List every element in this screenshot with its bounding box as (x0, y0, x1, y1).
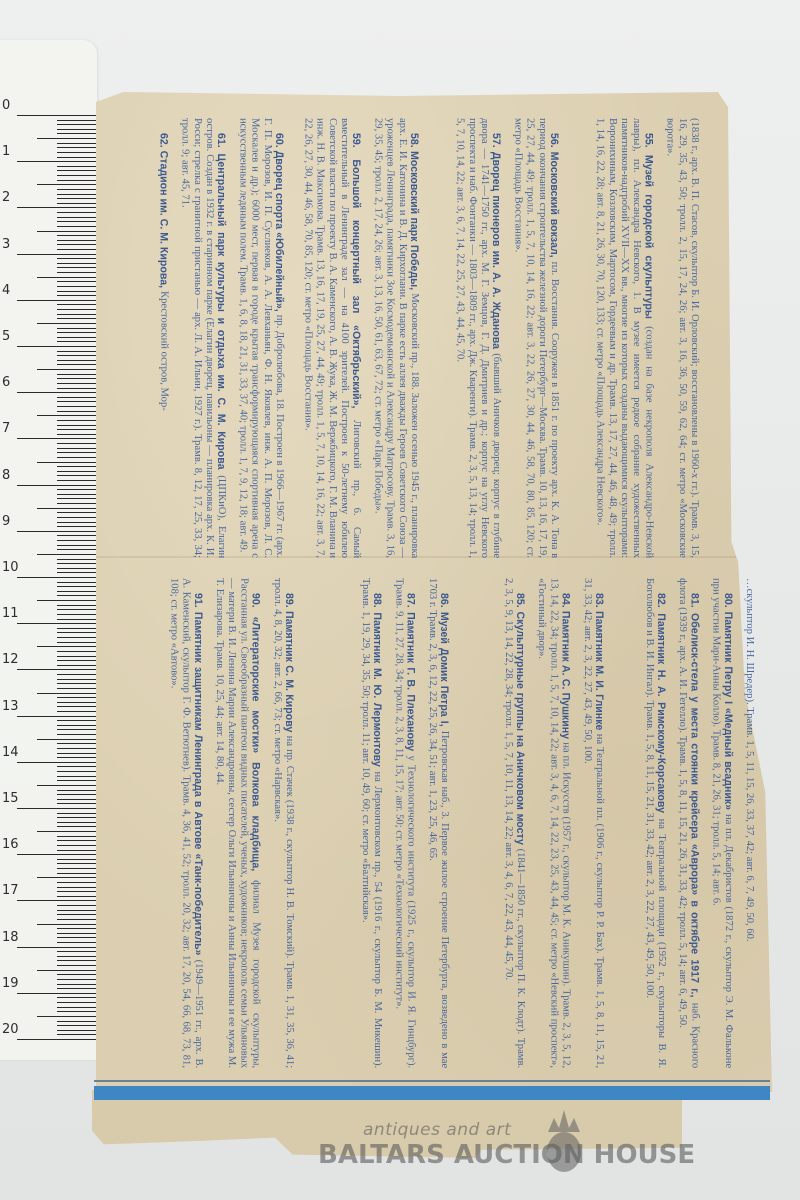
ruler-tick (37, 924, 97, 925)
ruler-tick (57, 217, 97, 218)
ruler-tick (37, 1016, 97, 1017)
ruler-tick (57, 406, 97, 407)
ruler-tick (17, 623, 97, 624)
guide-entry: 55. Музей городской скульптуры (создан н… (593, 118, 654, 558)
ruler-tick (37, 508, 97, 509)
text-column: 83. Памятник М. И. Глинке на Театральной… (455, 578, 605, 1068)
ruler-tick (57, 928, 97, 929)
ruler-tick (57, 512, 97, 513)
ruler-label: 8 (2, 468, 10, 483)
ruler-tick (57, 743, 97, 744)
ruler-tick (17, 346, 97, 347)
guide-entry: 81. Обелиск-стела у места стоянки крейсе… (676, 578, 700, 1068)
guide-entry: 91. Памятник защитникам Ленинграда в Авт… (167, 578, 204, 1068)
ruler-tick (57, 503, 97, 504)
ruler-tick (57, 711, 97, 712)
ruler-tick (57, 180, 97, 181)
ruler-label: 2 (2, 190, 10, 205)
ruler-tick (57, 586, 97, 587)
guide-entry: 86. Музей Домик Петра I, Петровская наб.… (426, 578, 450, 1068)
ruler-tick (37, 369, 97, 370)
ruler-label: 6 (2, 375, 10, 390)
ruler-tick (17, 900, 97, 901)
ruler-label: 10 (2, 560, 19, 575)
ruler-tick (57, 1007, 97, 1008)
ruler-tick (57, 498, 97, 499)
ruler-tick (37, 184, 97, 185)
ruler-tick (57, 984, 97, 985)
ruler-tick (57, 919, 97, 920)
ruler-tick (57, 997, 97, 998)
guide-entry: 82. Памятник Н. А. Римскому-Корсакову на… (643, 578, 667, 1068)
ruler-tick (57, 868, 97, 869)
ruler-tick (57, 794, 97, 795)
ruler-label: 18 (2, 930, 19, 945)
ruler-tick (57, 660, 97, 661)
ruler-tick (37, 693, 97, 694)
ruler-tick (57, 355, 97, 356)
ruler-tick (57, 882, 97, 883)
ruler-tick (57, 457, 97, 458)
ruler-label: 4 (2, 283, 10, 298)
ruler-tick (57, 480, 97, 481)
ruler-tick (57, 429, 97, 430)
ruler-tick (57, 133, 97, 134)
ruler-tick (57, 434, 97, 435)
ruler-tick (57, 166, 97, 167)
entry-title: 81. Обелиск-стела у места стоянки крейсе… (688, 593, 700, 1003)
ruler-tick (57, 609, 97, 610)
text-column: 60. Дворец спорта «Юбилейный», пр. Добро… (135, 118, 285, 558)
ruler-tick (57, 212, 97, 213)
ruler-tick (37, 739, 97, 740)
ruler-tick (57, 420, 97, 421)
ruler-tick (37, 231, 97, 232)
entry-title: 55. Музей городской скульптуры (642, 133, 654, 326)
ruler-tick (17, 485, 97, 486)
ruler-tick (37, 138, 97, 139)
ruler-tick (57, 337, 97, 338)
ruler-tick (17, 438, 97, 439)
ruler-tick (57, 411, 97, 412)
guide-entry-continuation: (1838 г., арх. В. П. Стасов, скульптор Б… (663, 118, 700, 558)
ruler-tick (17, 161, 97, 162)
ruler-tick (57, 683, 97, 684)
ruler-tick (17, 993, 97, 994)
ruler-tick (57, 189, 97, 190)
ruler-tick (57, 688, 97, 689)
guide-entry-continuation: …скульптор И. Н. Шредер). Трамв. 1, 5, 1… (743, 578, 755, 1068)
ruler-label: 11 (2, 606, 19, 621)
ruler-tick (57, 1011, 97, 1012)
guide-entry: 84. Памятник А. С. Пушкину на пл. Искусс… (535, 578, 572, 1068)
ruler-tick (57, 863, 97, 864)
ruler-tick (57, 887, 97, 888)
ruler-tick (37, 831, 97, 832)
ruler-tick (57, 563, 97, 564)
ruler-tick (57, 304, 97, 305)
guide-entry: 87. Памятник Г. В. Плеханову у Технологи… (392, 578, 416, 1068)
ruler-tick (37, 462, 97, 463)
ruler-tick (37, 600, 97, 601)
ruler-tick (57, 1030, 97, 1031)
ruler-tick (57, 175, 97, 176)
ruler-tick (57, 799, 97, 800)
ruler-tick (57, 397, 97, 398)
ruler-tick (37, 415, 97, 416)
ruler-tick (57, 836, 97, 837)
ruler-tick (17, 207, 97, 208)
ruler-tick (57, 905, 97, 906)
ruler-tick (57, 942, 97, 943)
text-column: 58. Московский парк Победы, Московский п… (270, 118, 420, 558)
ruler-tick (57, 628, 97, 629)
ruler-tick (57, 559, 97, 560)
watermark-tagline: antiques and art (363, 1120, 695, 1140)
guide-entry: 90. «Литераторские мостки» Волкова кладб… (213, 578, 262, 1068)
ruler-tick (57, 965, 97, 966)
ruler-label: 1 (2, 144, 10, 159)
ruler-label: 5 (2, 329, 10, 344)
ruler-tick (57, 452, 97, 453)
ruler-tick (57, 651, 97, 652)
ruler-label: 0 (2, 98, 10, 113)
guide-entry: 60. Дворец спорта «Юбилейный», пр. Добро… (236, 118, 285, 558)
ruler-label: 14 (2, 745, 19, 760)
ruler-tick (57, 281, 97, 282)
ruler-tick (57, 388, 97, 389)
ruler-tick (57, 568, 97, 569)
ruler-label: 9 (2, 514, 10, 529)
guide-entry: 59. Большой концертный зал «Октябрьский»… (301, 118, 362, 558)
ruler-tick (57, 826, 97, 827)
ruler-tick (57, 249, 97, 250)
ruler-tick (57, 614, 97, 615)
ruler-tick (57, 129, 97, 130)
ruler-tick (57, 656, 97, 657)
ruler-tick (57, 267, 97, 268)
ruler-tick (37, 646, 97, 647)
ruler-tick (57, 665, 97, 666)
entry-title: 56. Московский вокзал, (548, 133, 560, 262)
ruler-tick (57, 332, 97, 333)
ruler-tick (57, 522, 97, 523)
ruler-tick (57, 157, 97, 158)
ruler-tick (57, 813, 97, 814)
ruler-tick (57, 859, 97, 860)
entry-title: 83. Памятник М. И. Глинке (593, 593, 605, 734)
ruler-tick (57, 448, 97, 449)
entry-title: 82. Памятник Н. А. Римскому-Корсакову (655, 593, 667, 819)
entry-title: 91. Памятник защитникам Ленинграда в Авт… (192, 593, 204, 960)
ruler-tick (17, 254, 97, 255)
ruler-tick (17, 392, 97, 393)
ruler-tick (57, 605, 97, 606)
ruler-tick (57, 845, 97, 846)
ruler-tick (57, 235, 97, 236)
ruler-tick (57, 526, 97, 527)
ruler-tick (57, 697, 97, 698)
ruler-tick (57, 272, 97, 273)
ruler-tick (57, 817, 97, 818)
guide-entry: 89. Памятник С. М. Кирову на пр. Стачек … (271, 578, 295, 1068)
ruler-tick (17, 808, 97, 809)
ruler-tick (17, 115, 97, 116)
ruler-tick (57, 314, 97, 315)
ruler-label: 3 (2, 237, 10, 252)
ruler-tick (57, 258, 97, 259)
ruler-tick (57, 757, 97, 758)
entry-title: 88. Памятник М. Ю. Лермонтову (371, 593, 383, 771)
entry-title: 60. Дворец спорта «Юбилейный», (273, 133, 285, 315)
ruler-tick (37, 785, 97, 786)
ruler-tick (57, 1002, 97, 1003)
ruler-tick (57, 679, 97, 680)
ruler-tick (37, 277, 97, 278)
ruler-tick (57, 619, 97, 620)
ruler-label: 15 (2, 791, 19, 806)
ruler-tick (57, 143, 97, 144)
entry-title: 62. Стадион им. С. М. Кирова, (157, 133, 169, 291)
guide-entry: 83. Памятник М. И. Глинке на Театральной… (581, 578, 605, 1068)
ruler-tick (57, 790, 97, 791)
ruler-tick (57, 443, 97, 444)
ruler-tick (17, 669, 97, 670)
entry-title: 59. Большой концертный зал «Октябрьский»… (350, 133, 362, 420)
ruler-tick (57, 873, 97, 874)
ruler-tick (37, 323, 97, 324)
ruler-tick (57, 203, 97, 204)
text-column: 56. Московский вокзал, пл. Восстания. Со… (410, 118, 560, 558)
ruler-tick (57, 896, 97, 897)
ruler-tick (57, 702, 97, 703)
ruler-tick (57, 891, 97, 892)
ruler-tick (37, 554, 97, 555)
ruler-tick (57, 729, 97, 730)
entry-title: 89. Памятник С. М. Кирову (283, 593, 295, 736)
guide-entry: 88. Памятник М. Ю. Лермонтову на Лермонт… (359, 578, 383, 1068)
ruler-tick (57, 152, 97, 153)
auction-watermark: antiques and art BALTARS AUCTION HOUSE (318, 1120, 695, 1170)
ruler-tick (57, 226, 97, 227)
ruler-tick (57, 753, 97, 754)
ruler-tick (57, 582, 97, 583)
ruler-label: 13 (2, 699, 19, 714)
ruler-tick (57, 170, 97, 171)
ruler-tick (57, 776, 97, 777)
ruler-label: 17 (2, 883, 19, 898)
ruler-tick (57, 595, 97, 596)
entry-title: 86. Музей Домик Петра I, (438, 593, 450, 731)
ruler-tick (57, 988, 97, 989)
decorative-blue-stripe (94, 1086, 770, 1100)
guide-entry: 58. Московский парк Победы, Московский п… (371, 118, 420, 558)
ruler-tick (57, 244, 97, 245)
ruler-tick (37, 877, 97, 878)
ruler-tick (57, 120, 97, 121)
ruler-tick (57, 850, 97, 851)
ruler-tick (57, 674, 97, 675)
ruler-tick (57, 803, 97, 804)
guide-entry: 57. Дворец пионеров им. А. А. Жданова (б… (453, 118, 502, 558)
ruler-tick (57, 725, 97, 726)
ruler-tick (57, 309, 97, 310)
ruler-tick (17, 854, 97, 855)
ruler-tick (57, 328, 97, 329)
decorative-thin-rule (94, 1080, 770, 1082)
ruler-tick (17, 947, 97, 948)
ruler-tick (57, 734, 97, 735)
ruler-tick (57, 960, 97, 961)
ruler-tick (57, 489, 97, 490)
crown-logo-icon (544, 1108, 584, 1174)
ruler-tick (57, 425, 97, 426)
ruler-tick (57, 748, 97, 749)
ruler-tick (57, 364, 97, 365)
ruler-label: 20 (2, 1022, 19, 1037)
ruler-tick (57, 263, 97, 264)
guide-entry: 85. Скульптурные группы на Аничковом мос… (502, 578, 526, 1068)
ruler-tick (57, 951, 97, 952)
ruler-tick (57, 572, 97, 573)
entry-title: 58. Московский парк Победы, (408, 133, 420, 293)
ruler-tick (57, 540, 97, 541)
ruler-tick (57, 910, 97, 911)
ruler-tick (57, 974, 97, 975)
ruler-tick (57, 771, 97, 772)
ruler-tick (57, 318, 97, 319)
ruler-tick (17, 716, 97, 717)
entry-title: 84. Памятник А. С. Пушкину (560, 593, 572, 742)
ruler-tick (57, 780, 97, 781)
ruler-tick (57, 383, 97, 384)
ruler-tick (57, 545, 97, 546)
ruler-label: 7 (2, 421, 10, 436)
guide-entry: 62. Стадион им. С. М. Кирова, Крестовски… (157, 118, 169, 558)
ruler-tick (57, 374, 97, 375)
ruler-tick (57, 360, 97, 361)
ruler-tick (57, 1021, 97, 1022)
ruler-tick (57, 466, 97, 467)
ruler-tick (57, 240, 97, 241)
ruler-tick (57, 1025, 97, 1026)
ruler-tick (57, 535, 97, 536)
ruler-tick (57, 198, 97, 199)
ruler-tick (57, 822, 97, 823)
ruler-tick (57, 194, 97, 195)
ruler-tick (17, 300, 97, 301)
ruler-tick (57, 291, 97, 292)
ruler-label: 16 (2, 837, 19, 852)
entry-title: 57. Дворец пионеров им. А. А. Жданова (490, 133, 502, 353)
ruler-label: 12 (2, 652, 19, 667)
ruler-tick (57, 642, 97, 643)
text-column: 86. Музей Домик Петра I, Петровская наб.… (300, 578, 450, 1068)
ruler-tick (57, 637, 97, 638)
ruler-tick (57, 591, 97, 592)
guide-entry: 80. Памятник Петру I «Медный всадник» на… (709, 578, 733, 1068)
text-column: …скульптор И. Н. Шредер). Трамв. 1, 5, 1… (605, 578, 755, 1068)
ruler-tick (57, 956, 97, 957)
measuring-ruler: 01234567891011121314151617181920 (0, 40, 97, 1060)
ruler-tick (57, 124, 97, 125)
ruler-label: 19 (2, 976, 19, 991)
ruler-tick (57, 286, 97, 287)
ruler-tick (17, 1039, 97, 1040)
ruler-tick (57, 933, 97, 934)
ruler-tick (57, 549, 97, 550)
ruler-tick (57, 351, 97, 352)
entry-title: 90. «Литераторские мостки» Волкова кладб… (250, 593, 262, 880)
ruler-tick (17, 531, 97, 532)
entry-title: 80. Памятник Петру I «Медный всадник» (722, 593, 734, 814)
ruler-tick (57, 471, 97, 472)
ruler-tick (57, 706, 97, 707)
ruler-tick (57, 517, 97, 518)
ruler-tick (57, 341, 97, 342)
ruler-tick (57, 147, 97, 148)
ruler-tick (57, 979, 97, 980)
ruler-tick (57, 840, 97, 841)
guide-entry: 61. Центральный парк культуры и отдыха и… (178, 118, 227, 558)
ruler-tick (57, 295, 97, 296)
ruler-tick (57, 632, 97, 633)
ruler-tick (17, 762, 97, 763)
ruler-tick (57, 378, 97, 379)
entry-title: 87. Памятник Г. В. Плеханову (405, 593, 417, 756)
ruler-tick (57, 221, 97, 222)
entry-title: 61. Центральный парк культуры и отдыха и… (215, 133, 227, 475)
ruler-tick (57, 766, 97, 767)
watermark-name: BALTARS AUCTION HOUSE (318, 1140, 695, 1170)
text-column: (1838 г., арх. В. П. Стасов, скульптор Б… (550, 118, 700, 558)
ruler-tick (57, 401, 97, 402)
ruler-tick (37, 970, 97, 971)
ruler-tick (57, 720, 97, 721)
ruler-tick (57, 914, 97, 915)
ruler-tick (57, 494, 97, 495)
ruler-tick (17, 577, 97, 578)
ruler-tick (57, 937, 97, 938)
text-column: 89. Памятник С. М. Кирову на пр. Стачек … (145, 578, 295, 1068)
ruler-tick (57, 1034, 97, 1035)
guide-entry: 56. Московский вокзал, пл. Восстания. Со… (511, 118, 560, 558)
entry-title: 85. Скульптурные группы на Аничковом мос… (514, 593, 526, 849)
ruler-tick (57, 475, 97, 476)
